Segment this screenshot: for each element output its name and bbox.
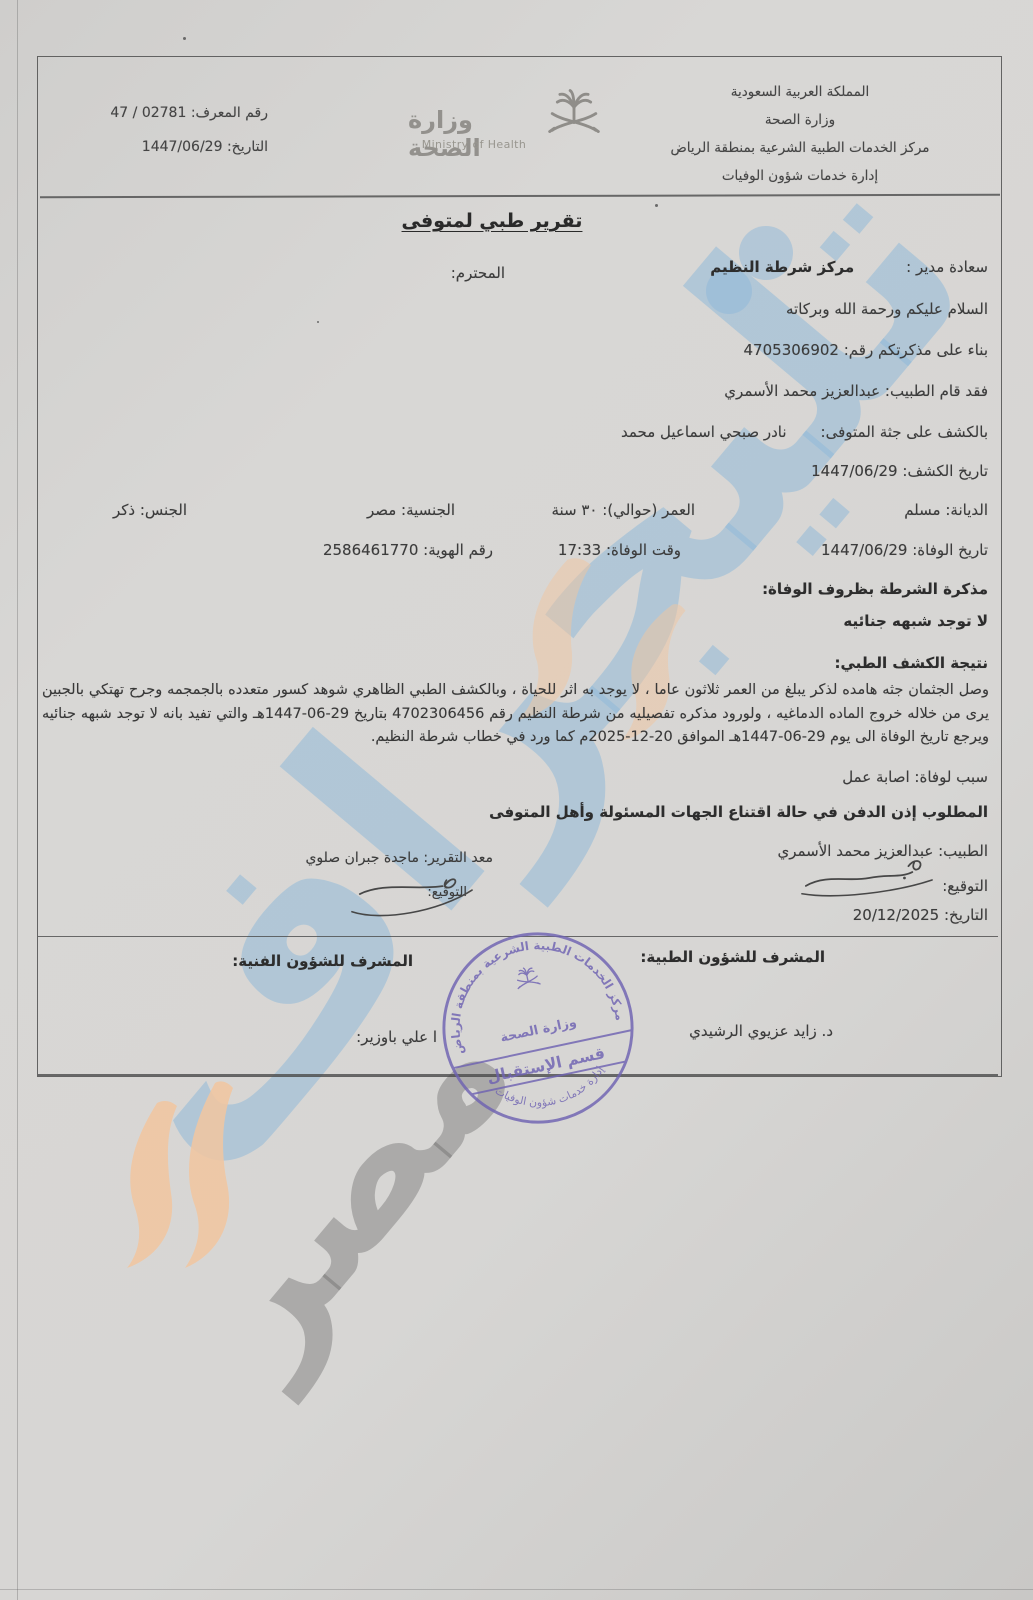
field-death-time: وقت الوفاة: 17:33 xyxy=(558,541,681,559)
ministry-of-health-emblem-icon xyxy=(542,88,606,152)
memo-ref-label: بناء على مذكرتكم رقم: xyxy=(844,341,988,359)
ministry-logo-arabic: وزارة الصحة xyxy=(408,106,540,162)
document-content: المملكة العربية السعودية وزارة الصحة مرك… xyxy=(0,0,1033,1600)
ref-number-value: 02781 / 47 xyxy=(110,105,186,121)
cause-value: اصابة عمل xyxy=(842,768,909,786)
stamp-center-text: وزارة الصحة xyxy=(499,1015,578,1046)
exam-date-line: تاريخ الكشف: 1447/06/29 xyxy=(811,462,988,480)
signature-date-label: التاريخ: xyxy=(944,906,988,924)
signature-date-line: التاريخ: 20/12/2025 xyxy=(853,906,988,924)
medical-supervisor-label: المشرف للشؤون الطبية: xyxy=(640,948,825,966)
scan-edge-line xyxy=(17,0,18,1600)
field-age: العمر (حوالي): ٣٠ سنة xyxy=(551,501,695,519)
deceased-name: نادر صبحي اسماعيل محمد xyxy=(621,423,787,441)
ref-number-line: رقم المعرف: 02781 / 47 xyxy=(110,105,268,121)
exam-date-value: 1447/06/29 xyxy=(811,462,897,480)
field-death-date: تاريخ الوفاة: 1447/06/29 xyxy=(821,541,988,559)
field-sex: الجنس: ذكر xyxy=(113,501,187,519)
field-id-number: رقم الهوية: 2586461770 xyxy=(323,541,493,559)
org-line-3: مركز الخدمات الطبية الشرعية بمنطقة الريا… xyxy=(615,134,985,162)
field-id-number-label: رقم الهوية: xyxy=(423,541,493,559)
honorific: المحترم: xyxy=(451,264,505,282)
field-religion-label: الديانة: xyxy=(945,501,988,519)
field-nationality: الجنسية: مصر xyxy=(367,501,455,519)
doctor-value: عبدالعزيز محمد الأسمري xyxy=(724,382,880,400)
stamp-emblem-icon xyxy=(514,965,540,988)
scan-speck xyxy=(183,37,186,40)
exam-line: بالكشف على جثة المتوفى:نادر صبحي اسماعيل… xyxy=(621,423,988,441)
addressee-label: سعادة مدير : xyxy=(906,258,988,276)
preparer-name: ماجدة جبران صلوي xyxy=(305,850,419,866)
header-date-line: التاريخ: 1447/06/29 xyxy=(142,139,268,155)
medical-supervisor-name: د. زايد عزيوي الرشيدي xyxy=(689,1022,833,1040)
signature-doctor-label: الطبيب: xyxy=(938,842,988,860)
header-org-block: المملكة العربية السعودية وزارة الصحة مرك… xyxy=(615,78,985,190)
field-religion-value: مسلم xyxy=(904,501,940,519)
doctor-signature-icon xyxy=(798,852,936,904)
doctor-line: فقد قام الطبيب: عبدالعزيز محمد الأسمري xyxy=(724,382,988,400)
greeting-line: السلام عليكم ورحمة الله وبركاته xyxy=(786,300,988,318)
header-date-label: التاريخ: xyxy=(227,139,268,155)
field-nationality-value: مصر xyxy=(367,501,396,519)
field-id-number-value: 2586461770 xyxy=(323,541,418,559)
scan-speck xyxy=(655,204,658,207)
ministry-logo-english: Ministry of Health xyxy=(408,138,540,151)
field-death-time-label: وقت الوفاة: xyxy=(606,541,681,559)
report-title: تقرير طبي لمتوفى xyxy=(402,210,583,232)
scan-speck xyxy=(317,321,319,323)
preparer-label: معد التقرير: xyxy=(423,850,493,866)
ref-number-label: رقم المعرف: xyxy=(191,105,268,121)
org-line-4: إدارة خدمات شؤون الوفيات xyxy=(615,162,985,190)
field-sex-value: ذكر xyxy=(113,501,135,519)
memo-ref-value: 4705306902 xyxy=(744,341,839,359)
preparer-line: معد التقرير: ماجدة جبران صلوي xyxy=(305,850,493,866)
field-religion: الديانة: مسلم xyxy=(904,501,988,519)
field-age-value: ٣٠ سنة xyxy=(551,501,597,519)
exam-date-label: تاريخ الكشف: xyxy=(902,462,988,480)
field-nationality-label: الجنسية: xyxy=(401,501,455,519)
burial-request-line: المطلوب إذن الدفن في حالة اقتناع الجهات … xyxy=(489,803,988,821)
report-title-row: تقرير طبي لمتوفى xyxy=(0,210,984,232)
addressee-line: سعادة مدير :مركز شرطة النظيم xyxy=(710,258,988,276)
field-death-time-value: 17:33 xyxy=(558,541,601,559)
reception-stamp: مركز الخدمات الطبية الشرعية بمنطقة الريا… xyxy=(422,912,654,1144)
exam-label: بالكشف على جثة المتوفى: xyxy=(821,423,988,441)
findings-paragraph: وصل الجثمان جثه هامده لذكر يبلغ من العمر… xyxy=(42,679,989,750)
findings-label: نتيجة الكشف الطبي: xyxy=(834,654,988,672)
org-line-2: وزارة الصحة xyxy=(615,106,985,134)
field-sex-label: الجنس: xyxy=(140,501,187,519)
cause-label: سبب لوفاة: xyxy=(914,768,988,786)
field-death-date-value: 1447/06/29 xyxy=(821,541,907,559)
signature-date-value: 20/12/2025 xyxy=(853,906,939,924)
org-line-1: المملكة العربية السعودية xyxy=(615,78,985,106)
technical-supervisor-label: المشرف للشؤون الفنية: xyxy=(232,952,413,970)
scanned-medical-report-page: تليجراف مصر المملكة العربية السعودية وزا… xyxy=(0,0,1033,1600)
police-memo-value: لا توجد شبهه جنائيه xyxy=(843,612,988,630)
preparer-signature-icon xyxy=(348,868,476,923)
technical-supervisor-name: ا علي باوزير: xyxy=(356,1028,437,1046)
police-memo-label: مذكرة الشرطة بظروف الوفاة: xyxy=(762,580,988,598)
addressee-value: مركز شرطة النظيم xyxy=(710,258,854,276)
field-death-date-label: تاريخ الوفاة: xyxy=(912,541,988,559)
cause-of-death-line: سبب لوفاة: اصابة عمل xyxy=(842,768,988,786)
doctor-label: فقد قام الطبيب: xyxy=(885,382,988,400)
signature-label-doctor: التوقيع: xyxy=(942,877,988,895)
field-age-label: العمر (حوالي): xyxy=(602,501,695,519)
header-date-value: 1447/06/29 xyxy=(142,139,223,155)
memo-ref-line: بناء على مذكرتكم رقم: 4705306902 xyxy=(744,341,988,359)
